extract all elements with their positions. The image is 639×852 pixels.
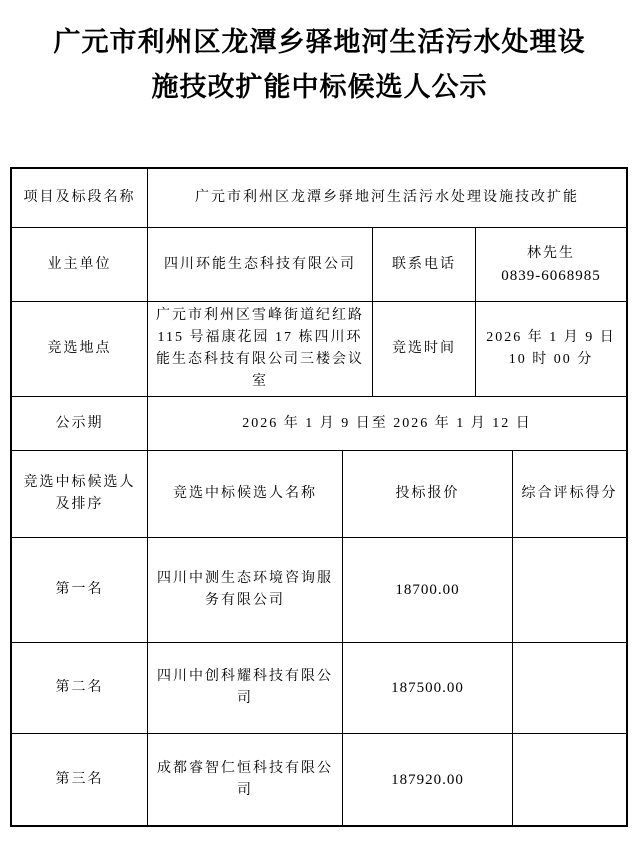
- header-name: 竞选中标候选人名称: [147, 451, 342, 537]
- project-value: 广元市利州区龙潭乡驿地河生活污水处理设施技改扩能: [147, 169, 626, 227]
- candidate-name: 四川中创科耀科技有限公司: [147, 643, 342, 733]
- venue-address: 广元市利州区雪峰街道纪红路 115 号福康花园 17 栋四川环能生态科技有限公司…: [147, 302, 372, 396]
- contact-name: 林先生: [527, 243, 575, 265]
- candidate-row-3: 第三名 成都睿智仁恒科技有限公司 187920.00: [12, 733, 626, 825]
- candidate-price: 187920.00: [342, 734, 512, 825]
- header-score: 综合评标得分: [512, 451, 626, 537]
- header-rank: 竞选中标候选人及排序: [12, 451, 147, 537]
- table-header-row: 竞选中标候选人及排序 竞选中标候选人名称 投标报价 综合评标得分: [12, 450, 626, 537]
- contact-value: 林先生 0839-6068985: [475, 228, 626, 301]
- table-row-venue: 竞选地点 广元市利州区雪峰街道纪红路 115 号福康花园 17 栋四川环能生态科…: [12, 301, 626, 396]
- project-label: 项目及标段名称: [12, 169, 147, 227]
- candidate-rank: 第一名: [12, 538, 147, 642]
- table-row-project: 项目及标段名称 广元市利州区龙潭乡驿地河生活污水处理设施技改扩能: [12, 169, 626, 227]
- page-title: 广元市利州区龙潭乡驿地河生活污水处理设 施技改扩能中标候选人公示: [0, 20, 639, 110]
- time-date: 2026 年 1 月 9 日: [486, 327, 616, 349]
- candidate-score: [512, 538, 626, 642]
- page-title-line1: 广元市利州区龙潭乡驿地河生活污水处理设: [0, 20, 639, 65]
- announcement-table: 项目及标段名称 广元市利州区龙潭乡驿地河生活污水处理设施技改扩能 业主单位 四川…: [10, 167, 628, 827]
- table-row-owner: 业主单位 四川环能生态科技有限公司 联系电话 林先生 0839-6068985: [12, 227, 626, 301]
- candidate-name: 成都睿智仁恒科技有限公司: [147, 734, 342, 825]
- table-row-publicity: 公示期 2026 年 1 月 9 日至 2026 年 1 月 12 日: [12, 396, 626, 450]
- time-clock: 10 时 00 分: [509, 349, 594, 371]
- candidate-row-2: 第二名 四川中创科耀科技有限公司 187500.00: [12, 642, 626, 733]
- owner-label: 业主单位: [12, 228, 147, 301]
- publicity-value: 2026 年 1 月 9 日至 2026 年 1 月 12 日: [147, 397, 626, 450]
- contact-label: 联系电话: [372, 228, 475, 301]
- header-price: 投标报价: [342, 451, 512, 537]
- page-title-line2: 施技改扩能中标候选人公示: [0, 65, 639, 110]
- candidate-score: [512, 734, 626, 825]
- candidate-price: 18700.00: [342, 538, 512, 642]
- publicity-label: 公示期: [12, 397, 147, 450]
- contact-phone: 0839-6068985: [501, 265, 601, 287]
- candidate-price: 187500.00: [342, 643, 512, 733]
- candidate-score: [512, 643, 626, 733]
- time-value: 2026 年 1 月 9 日 10 时 00 分: [475, 302, 626, 396]
- candidate-name: 四川中测生态环境咨询服务有限公司: [147, 538, 342, 642]
- time-label: 竞选时间: [372, 302, 475, 396]
- candidate-row-1: 第一名 四川中测生态环境咨询服务有限公司 18700.00: [12, 537, 626, 642]
- candidate-rank: 第二名: [12, 643, 147, 733]
- owner-value: 四川环能生态科技有限公司: [147, 228, 372, 301]
- venue-label: 竞选地点: [12, 302, 147, 396]
- candidate-rank: 第三名: [12, 734, 147, 825]
